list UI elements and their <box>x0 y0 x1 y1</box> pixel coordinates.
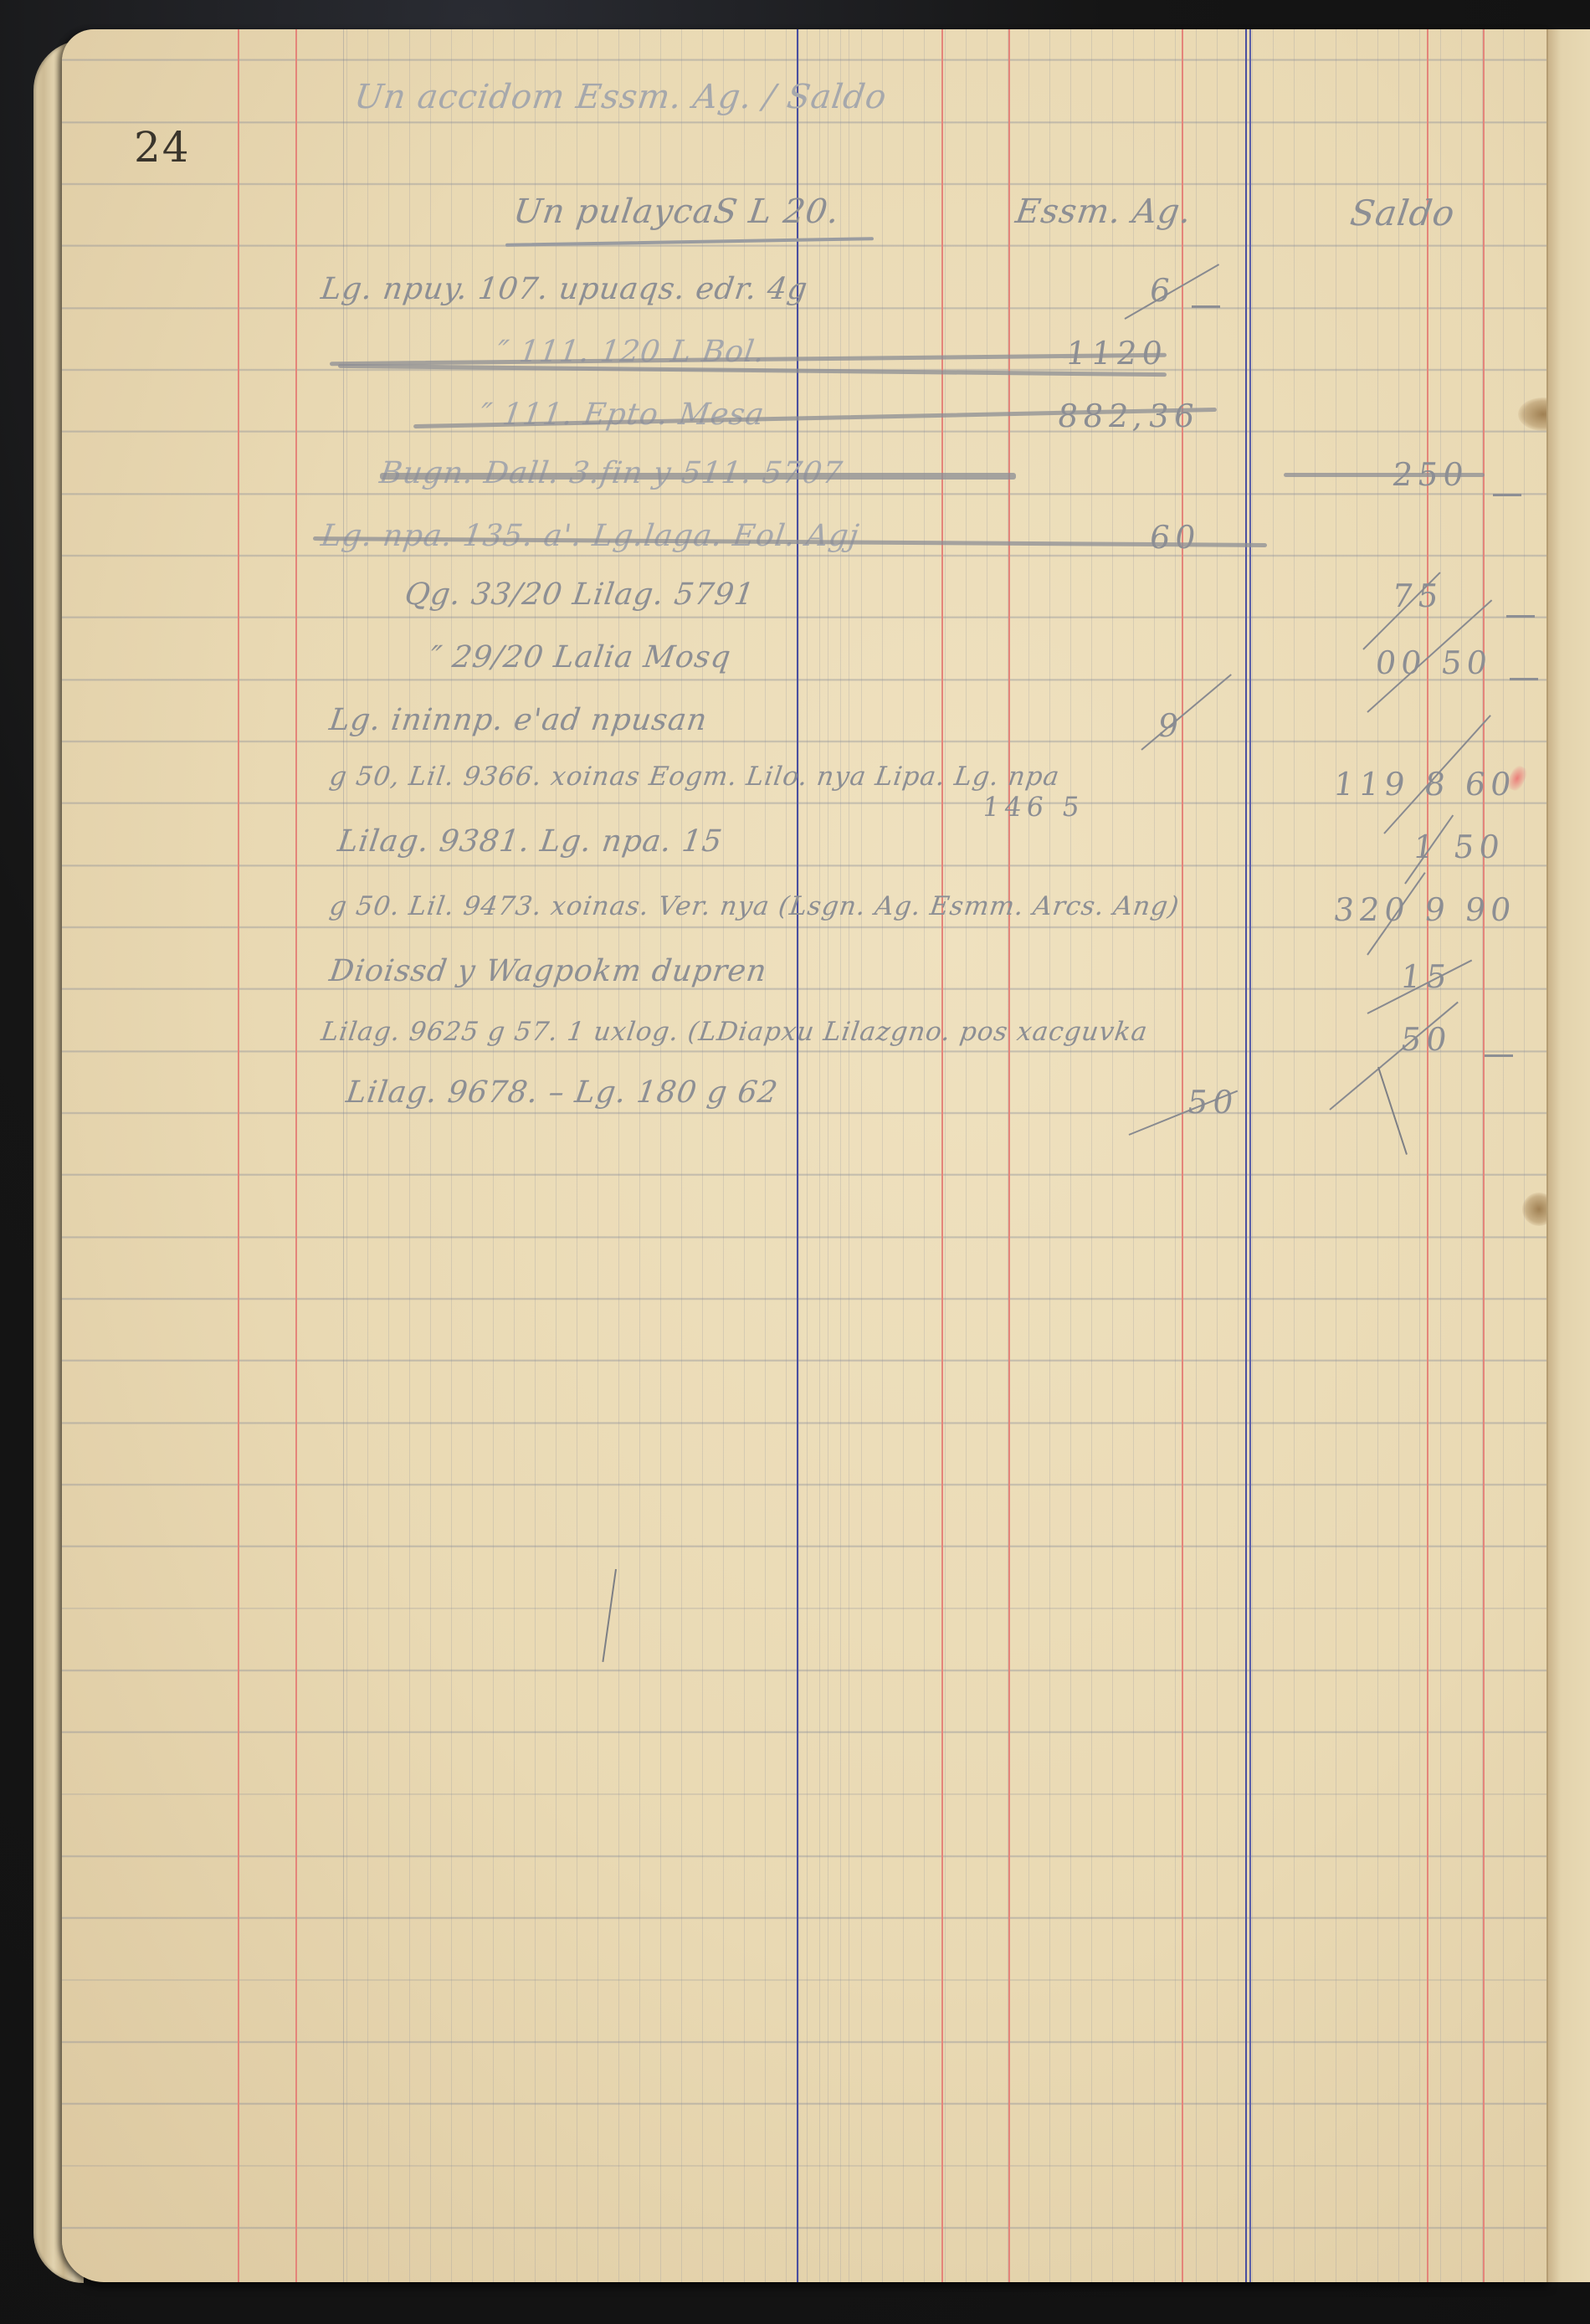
ledger-page: 24 Un accidom Essm. Ag. / Saldo Un pulay… <box>62 29 1548 2282</box>
row-12-dash <box>1485 1054 1513 1057</box>
row-4-text: Lg. npa. 135. a'. Lg.laga. Eol. Agj <box>319 519 861 553</box>
vertical-ruling-col2 <box>1252 29 1545 2282</box>
row-13-col1: 50 <box>1185 1084 1241 1121</box>
title-line: Un accidom Essm. Ag. / Saldo <box>352 78 890 116</box>
row-0-text: Lg. npuy. 107. upuaqs. edr. 4g <box>319 272 810 306</box>
row-7-text: Lg. ininnp. e'ad npusan <box>327 703 710 737</box>
column-rule-blue-2 <box>1245 29 1247 2282</box>
row-6-margin-dash <box>1510 678 1538 680</box>
row-5-text: Qg. 33/20 Lilag. 5791 <box>403 577 757 612</box>
page-number: 24 <box>134 123 191 172</box>
column-rule-blue-1 <box>797 29 798 2282</box>
margin-rule-red-1 <box>238 29 239 2282</box>
row-8-text: g 50, Lil. 9366. xoinas Eogm. Lilo. nya … <box>327 762 1061 792</box>
row-4-col1: 60 <box>1147 519 1203 556</box>
row-3-col2-strikethrough <box>1284 473 1485 477</box>
row-0-dash <box>1192 305 1220 308</box>
row-5-margin-dash <box>1506 615 1535 618</box>
column-rule-red-4 <box>1008 29 1010 2282</box>
row-2-text: ″ 111. Epto. Mesa <box>478 398 767 432</box>
column-rule-red-5 <box>1182 29 1183 2282</box>
row-8-col2: 119 8 60 <box>1331 766 1518 803</box>
row-11-col2: 15 <box>1398 958 1454 995</box>
col2-header: Saldo <box>1348 192 1458 233</box>
row-2-col1: 882,36 <box>1055 398 1202 434</box>
row-3-strikethrough <box>380 473 1016 480</box>
row-8-col1: 146 5 <box>980 791 1086 823</box>
adjacent-page-edge <box>1546 29 1590 2282</box>
description-header: Un pulaycaS L 20. <box>511 192 843 231</box>
row-9-col2: 1 50 <box>1411 829 1507 865</box>
row-10-text: g 50. Lil. 9473. xoinas. Ver. nya (Lsgn.… <box>327 891 1181 921</box>
row-9-text: Lilag. 9381. Lg. npa. 15 <box>336 824 725 859</box>
row-11-text: Dioissd y Wagpokm dupren <box>327 954 769 988</box>
row-3-dash <box>1493 494 1521 496</box>
column-rule-red-6 <box>1427 29 1428 2282</box>
col1-header: Essm. Ag. <box>1013 192 1194 231</box>
row-10-col2: 320 9 90 <box>1331 891 1518 928</box>
row-1-text: ″ 111. 120 L Bol. <box>495 335 767 369</box>
row-13-text: Lilag. 9678. – Lg. 180 g 62 <box>344 1075 780 1110</box>
row-12-text: Lilag. 9625 g 57. 1 uxlog. (LDiapxu Lila… <box>319 1017 1149 1047</box>
column-rule-red-3 <box>941 29 943 2282</box>
margin-rule-red-2 <box>295 29 297 2282</box>
column-rule-red-7 <box>1483 29 1485 2282</box>
row-6-text: ″ 29/20 Lalia Mosq <box>428 640 733 675</box>
